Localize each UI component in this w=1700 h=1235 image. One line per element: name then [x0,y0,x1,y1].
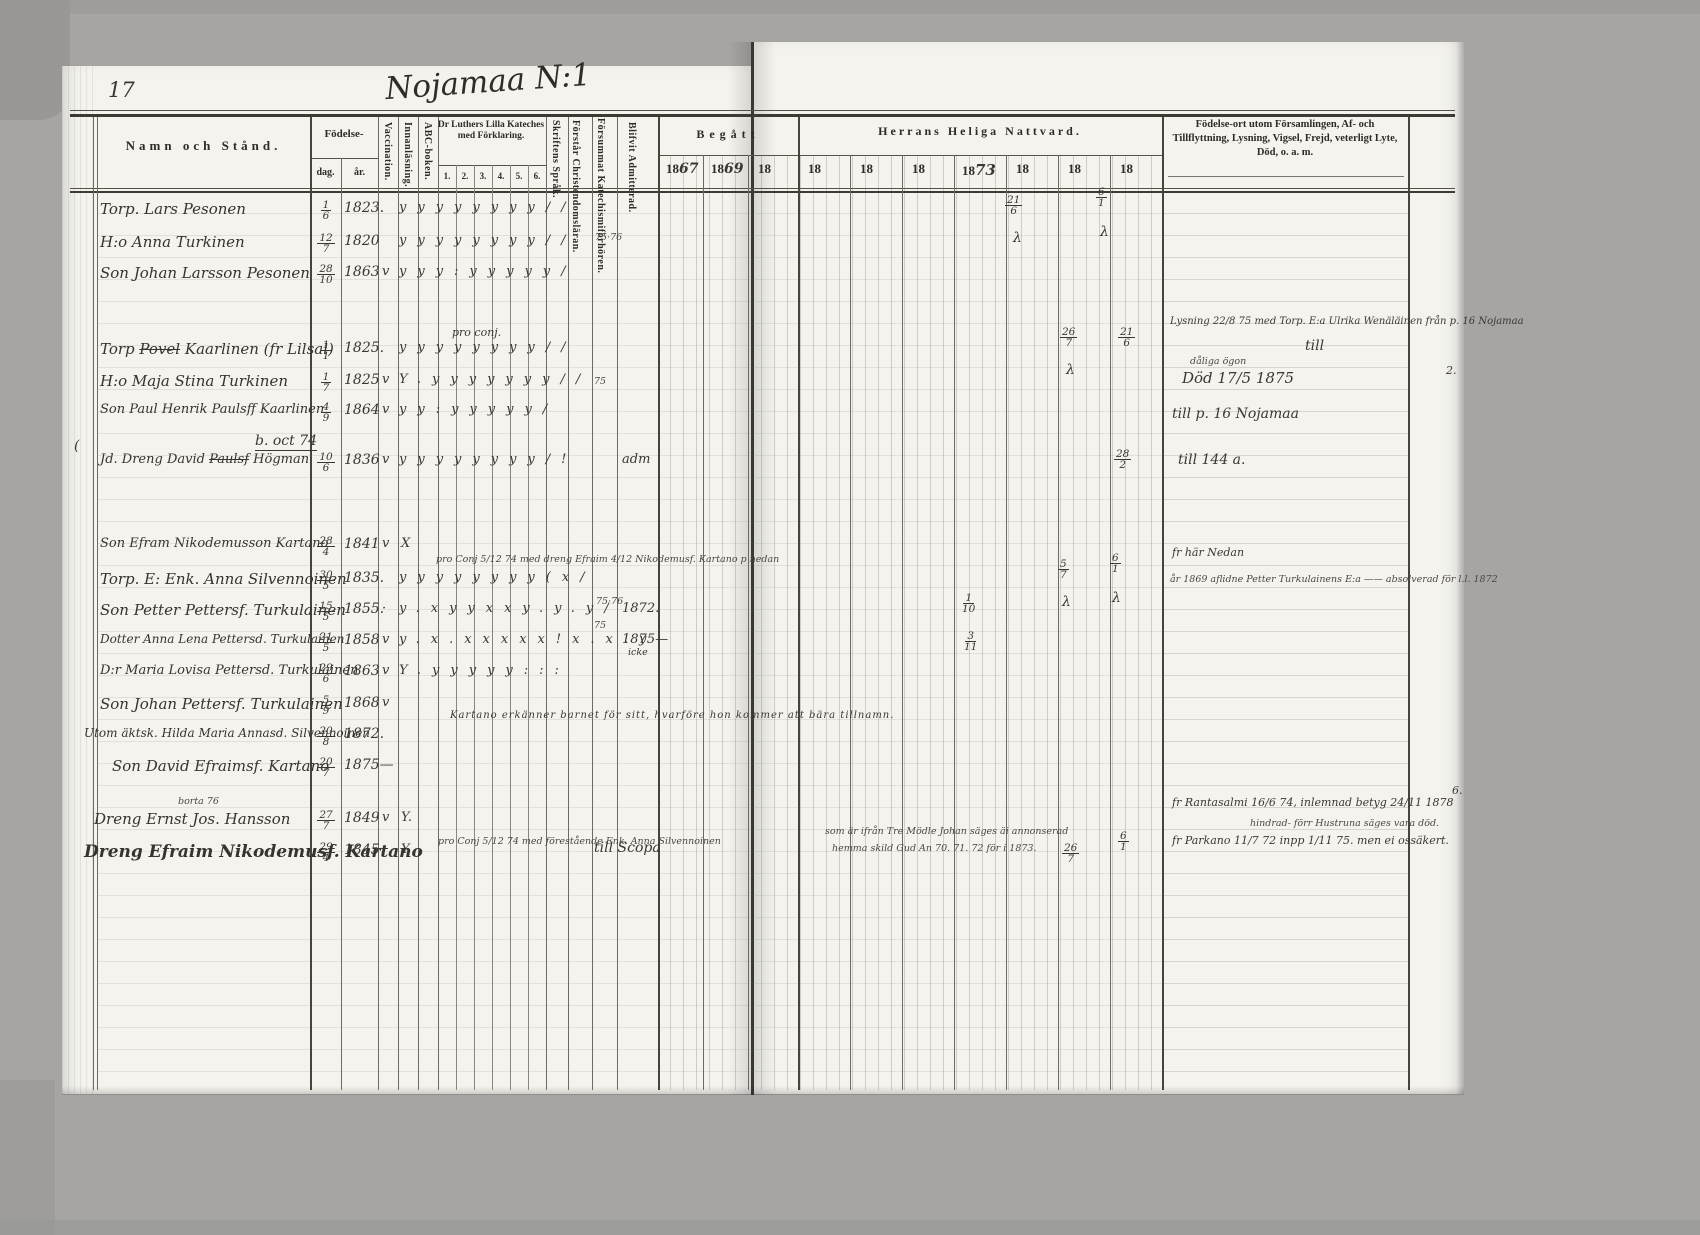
month: 7 [323,821,330,831]
name-struck: Povel [139,340,180,358]
note-pro-conj: pro conj. [452,326,501,339]
year-printed: 18 [666,161,679,176]
birth-day: 207 [313,752,339,778]
birth-year: 1835. [344,570,384,586]
birth-day: 17 [313,367,339,393]
reading-mark: Y. [401,810,412,825]
note-lysning: Lysning 22/8 75 med Torp. E:a Ulrika Wen… [1170,316,1524,327]
note-pro-conj-forestaende: pro Conj 5/12 74 med förestående Enk. An… [438,836,721,847]
scan-shadow-topleft [0,0,70,120]
year-printed: 18 [860,161,873,176]
communion-date: 282 [1114,444,1131,470]
person-name: Dreng Ernst Jos. Hansson [94,810,290,828]
birth-day: 127 [313,228,339,254]
vaccination-mark: v [382,663,389,678]
year-printed: 18 [1016,161,1029,176]
person-name: H:o Maja Stina Turkinen [100,372,288,390]
exam-marks: yyy:yyyyy/ [399,264,577,279]
header-abc-boken: ABC-boken. [422,122,432,180]
year-cell: 1873 [962,161,996,179]
person-name: Torp. Lars Pesonen [100,200,246,218]
month: 1 [1098,198,1105,208]
person-name: Son Efram Nikodemusson Kartano [100,536,328,551]
month: 5 [323,581,330,591]
person-name: Jd. Dreng David Paulsf Högman [100,452,309,467]
communion-date: 311 [964,626,977,652]
exam-marks: yy:yyyyy/ [399,402,558,417]
admitted-year: 1875— [622,632,668,647]
header-birth: Födelse- [310,128,378,140]
month: 4 [323,853,330,863]
note-till-144a: till 144 a. [1178,452,1245,468]
header-begatt: Begått [658,127,798,142]
birth-day: 16 [313,195,339,221]
vaccination-mark: v [382,695,389,710]
col-rule [1110,155,1111,1090]
note-forsummat-7576-b: 75·76 [596,596,623,607]
note-hindrad: hindrad- förr Hustruna säges vara död. [1250,818,1439,829]
note-mid-line1: som är ifrån Tre Mödle Johan säges äi an… [825,826,1068,837]
year-cell: 18 [758,161,771,177]
note-kartano-erkanner: Kartano erkänner barnet för sitt, hvarfö… [450,710,894,721]
col-rule [1006,155,1007,1090]
communion-date: 216 [1005,190,1022,216]
header-birth-year: år. [341,167,378,178]
birth-day: 11 [313,335,339,361]
birth-day: 277 [313,805,339,831]
note-fr-rantasalmi: fr Rantasalmi 16/6 74, inlemnad betyg 24… [1172,796,1454,809]
birth-day: 49 [313,397,339,423]
year-handwritten: 73 [975,161,996,179]
person-name: Son Johan Pettersf. Turkulainen [100,695,343,713]
year-printed: 18 [808,161,821,176]
note-pro-conj-efraim: pro Conj 5/12 74 med dreng Efraim 4/12 N… [436,554,779,565]
birth-year: 1849 [344,810,380,826]
exam-marks: yyyyyyyy// [399,233,577,248]
header-katekes-6: 6. [528,171,546,181]
communion-ditto: λ [1100,224,1109,240]
header-katekes-2: 2. [456,171,474,181]
note-dod-1875: Död 17/5 1875 [1182,369,1294,387]
person-name: Son Paul Henrik Paulsff Kaarlinen [100,402,324,417]
year-cell: 18 [912,161,925,177]
year-handwritten: 69 [724,161,743,177]
col-rule [474,165,475,1090]
note-till-p16: till p. 16 Nojamaa [1172,406,1299,422]
month: 10 [319,275,332,285]
col-rule [510,165,511,1090]
birth-day: 284 [313,531,339,557]
birth-year: 1864 [344,402,380,418]
edge-pen-mark: ( [74,438,79,454]
year-printed: 18 [711,161,724,176]
name-struck: Paulsf [209,452,249,467]
vaccination-mark: v [382,632,389,647]
month: 9 [323,413,330,423]
admitted-note: icke [628,647,648,658]
month: 10 [962,604,975,614]
year-cell: 18 [1016,161,1029,177]
birth-year: 1825. [344,340,384,356]
year-row-rule [658,155,1162,156]
top-rule-thin [70,110,1455,111]
birth-day: 296 [313,658,339,684]
year-cell: 18 [1120,161,1133,177]
reading-mark: X [401,536,410,551]
note-fr-har-nedan: fr här Nedan [1172,546,1244,559]
month: 1 [1112,564,1119,574]
name-part: Högman [249,452,309,467]
header-katekes-5: 5. [510,171,528,181]
note-borta-76: borta 76 [178,796,219,807]
communion-ditto: λ [1062,594,1071,610]
communion-date: 267 [1060,322,1077,348]
month: 7 [323,244,330,254]
month: 2 [1119,460,1126,470]
note-mid-line2: hemma skild Gud An 70. 71. 72 för i 1873… [832,843,1036,854]
year-cell: 18 [808,161,821,177]
name-part: Kaarlinen (fr Lilsal) [180,340,334,358]
month: 6 [323,463,330,473]
month: 9 [323,706,330,716]
birth-subrule [310,158,378,159]
birth-day: 294 [313,837,339,863]
communion-date: 216 [1118,322,1135,348]
col-rule [954,155,955,1090]
exam-marks: yyyyyyyy// [399,200,577,215]
birth-year: 1823. [344,200,384,216]
note-aflidne-petter: år 1869 aflidne Petter Turkulainens E:a … [1170,574,1498,585]
person-name: H:o Anna Turkinen [100,233,245,251]
scan-shadow-bottomleft [0,1080,55,1235]
communion-date: 61 [1118,826,1129,852]
month: 6 [323,211,330,221]
month: 5 [323,612,330,622]
header-nattvard: Herrans Heliga Nattvard. [798,124,1162,139]
birth-day: 305 [313,565,339,591]
vaccination-mark: · [382,601,386,616]
exam-marks: yyyyyyyy(x/ [399,570,596,585]
note-till: till [1305,338,1324,354]
widecol-subrule [1168,176,1404,177]
month: 7 [323,768,330,778]
month: 1 [1120,842,1127,852]
note-b-oct-74: b. oct 74 [255,433,317,451]
exam-marks: y.x.xxxxx!x.x.y [399,632,657,647]
birth-year: 1825 [344,372,380,388]
name-part: Jd. Dreng David [100,452,209,467]
birth-year: 1872. [344,726,384,742]
page-number: 17 [108,78,135,102]
person-name: Son Petter Pettersf. Turkulainen [100,601,346,619]
year-printed: 18 [1068,161,1081,176]
year-cell: 1869 [711,161,743,177]
note-forsummat-75-b: 75 [594,620,606,631]
note-forsummat-75: 75 [594,376,606,387]
exam-marks: y.xyyxxy.y.y/ [399,601,620,616]
month: 7 [1065,338,1072,348]
header-vaccination: Vaccination. [382,122,392,181]
birth-year: 1845 [344,842,380,858]
header-bottom-thin [70,188,1455,189]
col-rule [341,158,342,1090]
col-rule [902,155,903,1090]
birth-year: 1858 [344,632,380,648]
month: 8 [323,737,330,747]
year-printed: 18 [1120,161,1133,176]
header-katekes-3: 3. [474,171,492,181]
person-name: Torp. E: Enk. Anna Silvennoinen [100,570,347,588]
vaccination-mark: v [382,536,389,551]
vaccination-mark: v [382,372,389,387]
birth-year: 1836 [344,452,380,468]
person-name: Son Johan Larsson Pesonen [100,264,310,282]
vaccination-mark: v [382,810,389,825]
birth-year: 1863 [344,663,380,679]
month: 7 [1067,854,1074,864]
col-rule [93,117,94,1090]
month: 6 [323,674,330,684]
admitted-note: adm [622,452,650,467]
header-blifvit-admitterad: Blifvit Admit­terad. [626,122,636,190]
exam-marks: yyyyyyyy// [399,340,577,355]
year-cell: 1867 [666,161,698,177]
communion-ditto: λ [1112,590,1121,606]
communion-ditto: λ [1013,230,1022,246]
col-rule [492,165,493,1090]
note-forsummat-7576: 75·76 [595,232,622,243]
birth-year: 1868 [344,695,380,711]
header-katekes-1: 1. [438,171,456,181]
communion-date: 110 [962,588,975,614]
communion-date: 61 [1096,182,1107,208]
year-column-sublines [658,155,1162,1090]
year-handwritten: 67 [679,161,698,177]
name-part: Torp [100,340,139,358]
birth-year: 1841 [344,536,380,552]
communion-date: 61 [1110,548,1121,574]
birth-year: 1855. [344,601,384,617]
col-rule [1162,117,1164,1090]
year-cell: 18 [1068,161,1081,177]
vaccination-mark: v [382,264,389,279]
header-widecolumn: Födelse-ort utom Församlingen, Af- och T… [1170,118,1400,160]
col-rule [748,155,749,1090]
col-rule [456,165,457,1090]
birth-year: 1820 [344,233,380,249]
birth-year: 1863 [344,264,380,280]
vaccination-mark: v [382,402,389,417]
person-name: Torp Povel Kaarlinen (fr Lilsal) [100,340,334,358]
reading-mark: Y [401,842,410,857]
communion-date: 267 [1062,838,1079,864]
month: 6 [1123,338,1130,348]
header-birth-day: dag. [310,167,341,178]
month: 6 [1010,206,1017,216]
exam-marks: Y.yyyyy::: [399,663,570,678]
exam-marks: Y.yyyyyyy// [399,372,591,387]
month: 5 [323,643,330,653]
person-name: Son David Efraimsf. Kartano [112,757,329,775]
header-innanlasning: Innanläsning. [402,122,412,187]
month: 7 [323,383,330,393]
exam-marks: yyyyyyyy/! [399,452,577,467]
header-forsummat-katechismiforhoren: Försummat Kate­chismiförhören. [595,118,605,190]
month: 11 [964,642,977,652]
col-rule [528,165,529,1090]
scan-shadow-bottom [0,1220,1700,1235]
note-fr-parkano: fr Parkano 11/7 72 inpp 1/11 75. men ei … [1172,834,1449,847]
month: 1 [323,351,330,361]
vaccination-mark: v [382,452,389,467]
col-rule [798,117,800,1090]
header-skriftens-sprak: Skriftens Språk. [550,120,560,198]
header-name-column: Namn och Stånd. [97,138,310,154]
page-edge-texture [62,66,96,1094]
person-name: Dotter Anna Lena Pettersd. Turkulainen [100,632,344,646]
col-rule [1408,117,1410,1090]
birth-year: 1875— [344,757,394,773]
note-daliga-ogon: dåliga ögon [1190,356,1246,367]
year-cell: 18 [860,161,873,177]
header-katekes-4: 4. [492,171,510,181]
admitted-year: 1872. [622,601,659,616]
birth-day: 208 [313,721,339,747]
birth-day: 59 [313,690,339,716]
month: 4 [323,547,330,557]
header-forstar-christendomslaran: Förstår Christen­domsläran. [570,120,580,190]
year-printed: 18 [758,161,771,176]
year-printed: 18 [962,163,975,178]
col-rule [1058,155,1059,1090]
header-bottom-thick [70,191,1455,193]
birth-day: 215 [313,627,339,653]
col-rule [850,155,851,1090]
page-edge-right [1456,42,1464,1094]
communion-date: 57 [1058,554,1069,580]
scanned-parish-register: 17 Nojamaa N:1 2. 6. ( Namn och Stånd. F… [0,0,1700,1235]
birth-day: 2810 [313,259,339,285]
margin-note-2: 2. [1446,364,1457,377]
month: 7 [1060,570,1067,580]
header-katekes: Dr Luthers Lilla Ka­teches med Förkla­ri… [436,120,546,142]
birth-day: 155 [313,596,339,622]
top-rule-thick [70,114,1455,117]
note-till-scopa: till Scopa [594,840,661,856]
year-printed: 18 [912,161,925,176]
scan-shadow-top [0,0,1700,14]
col-rule [97,117,98,1090]
communion-ditto: λ [1066,362,1075,378]
col-rule [703,155,704,1090]
